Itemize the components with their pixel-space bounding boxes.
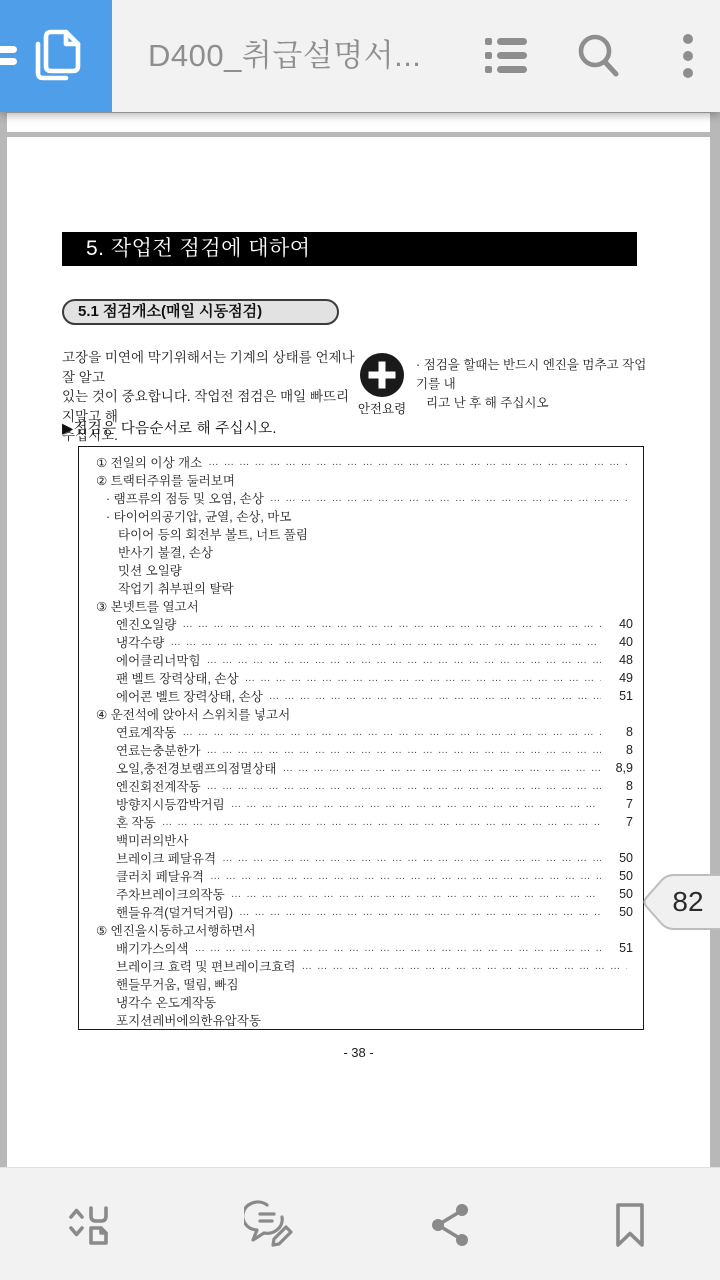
section-title-bar: 5. 작업전 점검에 대하여 <box>62 232 637 266</box>
checklist-row: 오일,충전경보램프의점멸상태… … … … … … … … … … … … … … <box>91 759 633 777</box>
checklist-page-ref: 51 <box>607 941 633 955</box>
checklist-row: 주차브레이크의작동… … … … … … … … … … … … … … … …… <box>91 885 633 903</box>
search-button[interactable] <box>560 0 636 112</box>
checklist-page-ref: 40 <box>607 635 633 649</box>
bookmark-icon <box>610 1200 650 1250</box>
checklist-row: 타이어 등의 회전부 볼트, 너트 풀림 <box>91 525 633 543</box>
checklist-row: ⑤ 엔진을시동하고서행하면서 <box>91 921 633 939</box>
checklist-row: · 타이어의공기압, 균열, 손상, 마모 <box>91 507 633 525</box>
checklist-row: 핸들무거움, 떨림, 빠짐 <box>91 975 633 993</box>
dotted-leader: … … … … … … … … … … … … … … … … … … … … … <box>207 743 601 757</box>
dotted-leader: … … … … … … … … … … … … … … … … … … … … … <box>231 797 601 811</box>
text-line: 리고 난 후 해 주십시오 <box>416 394 656 413</box>
checklist-row: 핸들유격(덜거덕거림)… … … … … … … … … … … … … … …… <box>91 903 633 921</box>
checklist-intro: ▶점검은 다음순서로 해 주십시오. <box>62 417 277 438</box>
checklist-row: 냉각수 온도계작동 <box>91 993 633 1011</box>
checklist-page-ref: 50 <box>607 905 633 919</box>
checklist-row: 클러치 페달유격… … … … … … … … … … … … … … … … … <box>91 867 633 885</box>
search-icon <box>576 33 620 79</box>
dotted-leader: … … … … … … … … … … … … … … … … … … … … … <box>270 491 627 505</box>
document-home-button[interactable] <box>0 0 112 112</box>
annotation-icon <box>244 1199 296 1251</box>
checklist-row: ① 전일의 이상 개소… … … … … … … … … … … … … … …… <box>91 453 633 471</box>
checklist-row: · 램프류의 점등 및 오염, 손상… … … … … … … … … … … … <box>91 489 633 507</box>
checklist-page-ref: 8 <box>607 743 633 757</box>
checklist-row: 작업기 취부핀의 탈락 <box>91 579 633 597</box>
checklist-page-ref: 7 <box>607 797 633 811</box>
safety-cross-icon <box>359 352 405 398</box>
checklist-row: 에어클리너막힘… … … … … … … … … … … … … … … … …… <box>91 651 633 669</box>
overflow-menu-button[interactable] <box>650 0 720 112</box>
checklist-page-ref: 51 <box>607 689 633 703</box>
dotted-leader: … … … … … … … … … … … … … … … … … … … … … <box>239 905 601 919</box>
dotted-leader: … … … … … … … … … … … … … … … … … … … … … <box>194 941 601 955</box>
checklist-row: 팬 벨트 장력상태, 손상… … … … … … … … … … … … … …… <box>91 669 633 687</box>
kebab-menu-icon <box>682 34 694 78</box>
checklist-row: 반사기 불결, 손상 <box>91 543 633 561</box>
toc-list-button[interactable] <box>468 0 544 112</box>
hamburger-icon <box>0 58 17 65</box>
safety-note: · 점검을 할때는 반드시 엔진을 멈추고 작업기를 내리고 난 후 해 주십시… <box>416 356 656 413</box>
checklist-row: 냉각수량… … … … … … … … … … … … … … … … … … … <box>91 633 633 651</box>
checklist-row: 배기가스의색… … … … … … … … … … … … … … … … … … <box>91 939 633 957</box>
checklist-page-ref: 50 <box>607 869 633 883</box>
checklist-row: ③ 본넷트를 열고서 <box>91 597 633 615</box>
dotted-leader: … … … … … … … … … … … … … … … … … … … … … <box>182 617 601 631</box>
checklist-page-ref: 7 <box>607 815 633 829</box>
checklist-row: 브레이크 페달유격… … … … … … … … … … … … … … … …… <box>91 849 633 867</box>
checklist-row: 에어콘 벨트 장력상태, 손상… … … … … … … … … … … … …… <box>91 687 633 705</box>
page-tab-number: 82 <box>672 886 703 917</box>
checklist-page-ref: 49 <box>607 671 633 685</box>
page-number-footer: - 38 - <box>7 1045 710 1060</box>
checklist-page-ref: 40 <box>607 617 633 631</box>
dotted-leader: … … … … … … … … … … … … … … … … … … … … … <box>182 725 601 739</box>
checklist: ① 전일의 이상 개소… … … … … … … … … … … … … … …… <box>78 446 644 1030</box>
text-line: 고장을 미연에 막기위해서는 기계의 상태를 언제나 잘 알고 <box>62 348 362 387</box>
share-icon <box>427 1201 473 1249</box>
hamburger-icon <box>0 46 17 53</box>
dotted-leader: … … … … … … … … … … … … … … … … … … … … … <box>222 851 601 865</box>
checklist-row: 혼 작동… … … … … … … … … … … … … … … … … … … <box>91 813 633 831</box>
dotted-leader: … … … … … … … … … … … … … … … … … … … … … <box>301 959 627 973</box>
dotted-leader: … … … … … … … … … … … … … … … … … … … … … <box>282 761 601 775</box>
checklist-row: ② 트랙터주위를 둘러보며 <box>91 471 633 489</box>
checklist-row: 연료계작동… … … … … … … … … … … … … … … … … …… <box>91 723 633 741</box>
checklist-row: 포지션레버에의한유압작동 <box>91 1011 633 1029</box>
checklist-page-ref: 50 <box>607 851 633 865</box>
dotted-leader: … … … … … … … … … … … … … … … … … … … … … <box>207 653 601 667</box>
checklist-row: ④ 운전석에 앉아서 스위치를 넣고서 <box>91 705 633 723</box>
checklist-page-ref: 8,9 <box>607 761 633 775</box>
checklist-row: 브레이크 효력 및 편브레이크효력… … … … … … … … … … … …… <box>91 957 633 975</box>
checklist-row: 연료는충분한가… … … … … … … … … … … … … … … … …… <box>91 741 633 759</box>
page-scroll-mode-button[interactable] <box>0 1168 180 1280</box>
checklist-row: 백미러의반사 <box>91 831 633 849</box>
annotation-button[interactable] <box>180 1168 360 1280</box>
document-pages-icon <box>30 26 84 84</box>
subsection-pill: 5.1 점검개소(매일 시동점검) <box>62 299 339 325</box>
dotted-leader: … … … … … … … … … … … … … … … … … … … … … <box>170 635 601 649</box>
pdf-viewer: 5. 작업전 점검에 대하여 5.1 점검개소(매일 시동점검) 고장을 미연에… <box>0 112 720 1167</box>
checklist-row: 밋션 오일량 <box>91 561 633 579</box>
checklist-row: 엔진오일량… … … … … … … … … … … … … … … … … …… <box>91 615 633 633</box>
dotted-leader: … … … … … … … … … … … … … … … … … … … … … <box>208 455 627 469</box>
checklist-page-ref: 8 <box>607 779 633 793</box>
share-button[interactable] <box>360 1168 540 1280</box>
text-line: · 점검을 할때는 반드시 엔진을 멈추고 작업기를 내 <box>416 356 656 394</box>
safety-icon-label: 안전요령 <box>347 399 417 417</box>
pdf-page: 5. 작업전 점검에 대하여 5.1 점검개소(매일 시동점검) 고장을 미연에… <box>7 137 710 1167</box>
dotted-leader: … … … … … … … … … … … … … … … … … … … … … <box>162 815 601 829</box>
checklist-row: 방향지시등깜박거림… … … … … … … … … … … … … … … …… <box>91 795 633 813</box>
dotted-leader: … … … … … … … … … … … … … … … … … … … … … <box>231 887 601 901</box>
app-bar: D400_취급설명서... <box>0 0 720 112</box>
checklist-page-ref: 8 <box>607 725 633 739</box>
toc-list-icon <box>485 36 527 76</box>
document-title: D400_취급설명서... <box>148 0 421 112</box>
dotted-leader: … … … … … … … … … … … … … … … … … … … … … <box>269 689 601 703</box>
checklist-row: 엔진회전계작동… … … … … … … … … … … … … … … … …… <box>91 777 633 795</box>
checklist-page-ref: 48 <box>607 653 633 667</box>
checklist-page-ref: 50 <box>607 887 633 901</box>
previous-page-edge <box>7 113 710 132</box>
page-scroll-mode-icon <box>65 1200 115 1250</box>
page-position-tab[interactable]: 82 <box>642 872 720 932</box>
dotted-leader: … … … … … … … … … … … … … … … … … … … … … <box>210 869 601 883</box>
bookmark-button[interactable] <box>540 1168 720 1280</box>
bottom-toolbar <box>0 1167 720 1280</box>
dotted-leader: … … … … … … … … … … … … … … … … … … … … … <box>207 779 601 793</box>
dotted-leader: … … … … … … … … … … … … … … … … … … … … … <box>245 671 601 685</box>
